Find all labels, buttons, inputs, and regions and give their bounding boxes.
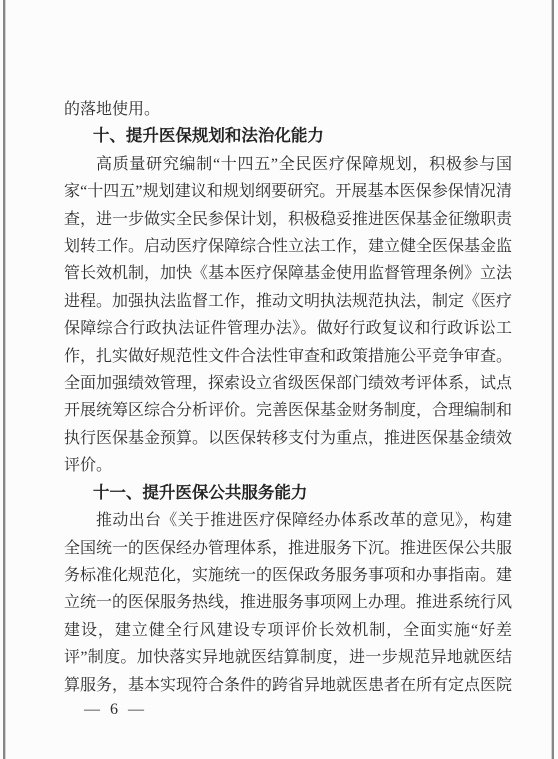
document-body: 的落地使用。 十、提升医保规划和法治化能力 高质量研究编制“十四五”全民医疗保障… bbox=[64, 96, 512, 699]
scan-edge-left-line bbox=[3, 0, 5, 759]
scan-edge-right-line bbox=[552, 0, 554, 759]
paragraph-section-11: 推动出台《关于推进医疗保障经办体系改革的意见》，构建全国统一的医保经办管理体系，… bbox=[64, 507, 512, 699]
section-heading-11: 十一、提升医保公共服务能力 bbox=[64, 480, 512, 507]
document-page: 的落地使用。 十、提升医保规划和法治化能力 高质量研究编制“十四五”全民医疗保障… bbox=[0, 0, 558, 759]
paragraph-section-10: 高质量研究编制“十四五”全民医疗保障规划，积极参与国家“十四五”规划建议和规划纲… bbox=[64, 151, 512, 480]
page-number: — 6 — bbox=[84, 701, 147, 719]
section-heading-10: 十、提升医保规划和法治化能力 bbox=[64, 123, 512, 150]
paragraph-continuation: 的落地使用。 bbox=[64, 96, 512, 123]
